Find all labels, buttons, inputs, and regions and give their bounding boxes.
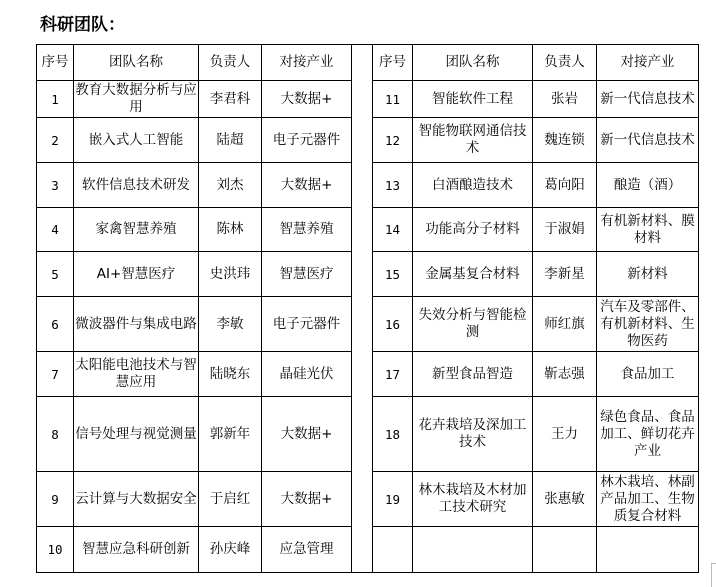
header-row: 序号 团队名称 负责人 对接产业 序号 团队名称 负责人 对接产业 <box>37 45 699 81</box>
team-no: 3 <box>37 163 74 208</box>
text-boundary-mark <box>711 563 716 587</box>
team-industry: 大数据+ <box>262 472 352 527</box>
team-industry: 食品加工 <box>597 352 699 397</box>
team-leader: 李君科 <box>199 81 262 118</box>
team-name: 失效分析与智能检测 <box>413 297 533 352</box>
team-name: 林木栽培及木材加工技术研究 <box>413 472 533 527</box>
team-industry: 智慧医疗 <box>262 252 352 297</box>
team-no: 18 <box>373 397 413 472</box>
team-industry: 有机新材料、膜材料 <box>597 208 699 252</box>
team-no: 7 <box>37 352 74 397</box>
column-spacer <box>352 45 373 573</box>
team-no: 16 <box>373 297 413 352</box>
header-no-right: 序号 <box>373 45 413 81</box>
team-name: 云计算与大数据安全 <box>74 472 199 527</box>
header-no-left: 序号 <box>37 45 74 81</box>
team-leader: 孙庆峰 <box>199 527 262 573</box>
team-industry: 新一代信息技术 <box>597 118 699 163</box>
team-leader: 史洪玮 <box>199 252 262 297</box>
empty-cell <box>373 527 413 573</box>
team-name: 智能物联网通信技术 <box>413 118 533 163</box>
team-no: 2 <box>37 118 74 163</box>
team-no: 17 <box>373 352 413 397</box>
team-industry: 电子元器件 <box>262 118 352 163</box>
team-no: 15 <box>373 252 413 297</box>
empty-cell <box>533 527 597 573</box>
team-name: 嵌入式人工智能 <box>74 118 199 163</box>
team-leader: 陆超 <box>199 118 262 163</box>
section-title: 科研团队： <box>40 10 125 35</box>
team-name: 花卉栽培及深加工技术 <box>413 397 533 472</box>
team-industry: 新一代信息技术 <box>597 81 699 118</box>
team-name: 金属基复合材料 <box>413 252 533 297</box>
team-no: 10 <box>37 527 74 573</box>
team-industry: 晶硅光伏 <box>262 352 352 397</box>
team-no: 5 <box>37 252 74 297</box>
header-industry-right: 对接产业 <box>597 45 699 81</box>
team-name: AI+智慧医疗 <box>74 252 199 297</box>
team-leader: 张岩 <box>533 81 597 118</box>
team-leader: 陈林 <box>199 208 262 252</box>
team-leader: 李新星 <box>533 252 597 297</box>
team-no: 14 <box>373 208 413 252</box>
team-no: 4 <box>37 208 74 252</box>
team-no: 9 <box>37 472 74 527</box>
team-name: 太阳能电池技术与智慧应用 <box>74 352 199 397</box>
team-no: 13 <box>373 163 413 208</box>
research-teams-table: 序号 团队名称 负责人 对接产业 序号 团队名称 负责人 对接产业 1 教育大数… <box>36 44 699 573</box>
header-leader-left: 负责人 <box>199 45 262 81</box>
header-name-left: 团队名称 <box>74 45 199 81</box>
team-leader: 张惠敏 <box>533 472 597 527</box>
team-leader: 郭新年 <box>199 397 262 472</box>
team-leader: 葛向阳 <box>533 163 597 208</box>
team-leader: 师红旗 <box>533 297 597 352</box>
team-leader: 于淑娟 <box>533 208 597 252</box>
team-no: 19 <box>373 472 413 527</box>
team-no: 8 <box>37 397 74 472</box>
team-industry: 酿造（酒） <box>597 163 699 208</box>
team-name: 软件信息技术研发 <box>74 163 199 208</box>
team-industry: 新材料 <box>597 252 699 297</box>
team-name: 家禽智慧养殖 <box>74 208 199 252</box>
team-no: 12 <box>373 118 413 163</box>
header-leader-right: 负责人 <box>533 45 597 81</box>
team-name: 功能高分子材料 <box>413 208 533 252</box>
team-name: 教育大数据分析与应用 <box>74 81 199 118</box>
team-industry: 绿色食品、食品加工、鲜切花卉产业 <box>597 397 699 472</box>
team-name: 白酒酿造技术 <box>413 163 533 208</box>
team-industry: 汽车及零部件、有机新材料、生物医药 <box>597 297 699 352</box>
team-industry: 大数据+ <box>262 397 352 472</box>
team-industry: 大数据+ <box>262 163 352 208</box>
team-leader: 刘杰 <box>199 163 262 208</box>
team-industry: 电子元器件 <box>262 297 352 352</box>
team-leader: 魏连锁 <box>533 118 597 163</box>
team-leader: 靳志强 <box>533 352 597 397</box>
team-leader: 王力 <box>533 397 597 472</box>
team-name: 智慧应急科研创新 <box>74 527 199 573</box>
empty-cell <box>597 527 699 573</box>
team-industry: 大数据+ <box>262 81 352 118</box>
team-leader: 李敏 <box>199 297 262 352</box>
team-no: 6 <box>37 297 74 352</box>
team-no: 11 <box>373 81 413 118</box>
team-name: 微波器件与集成电路 <box>74 297 199 352</box>
header-name-right: 团队名称 <box>413 45 533 81</box>
empty-cell <box>413 527 533 573</box>
team-leader: 于启红 <box>199 472 262 527</box>
team-industry: 智慧养殖 <box>262 208 352 252</box>
team-industry: 林木栽培、林副产品加工、生物质复合材料 <box>597 472 699 527</box>
team-industry: 应急管理 <box>262 527 352 573</box>
team-name: 新型食品智造 <box>413 352 533 397</box>
team-name: 信号处理与视觉测量 <box>74 397 199 472</box>
header-industry-left: 对接产业 <box>262 45 352 81</box>
team-no: 1 <box>37 81 74 118</box>
team-leader: 陆晓东 <box>199 352 262 397</box>
team-name: 智能软件工程 <box>413 81 533 118</box>
